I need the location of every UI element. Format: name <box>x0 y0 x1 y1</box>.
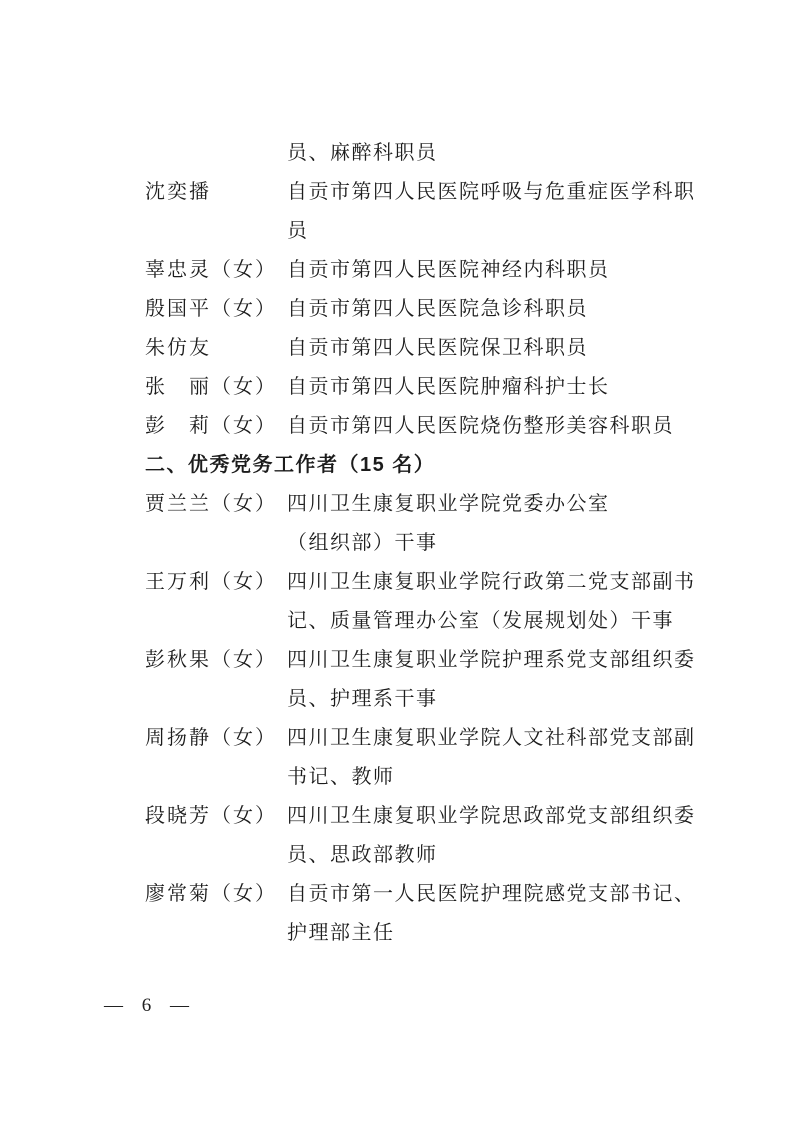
awardee-position: 四川卫生康复职业学院行政第二党支部副书记、质量管理办公室（发展规划处）干事 <box>287 563 720 641</box>
position-line: 自贡市第四人民医院烧伤整形美容科职员 <box>287 407 720 446</box>
position-line: 自贡市第四人民医院肿瘤科护士长 <box>287 368 720 407</box>
awardee-name: 彭 莉（女） <box>145 407 287 446</box>
award-entry: 周扬静（女）四川卫生康复职业学院人文社科部党支部副书记、教师 <box>145 719 720 797</box>
award-entry: 彭 莉（女）自贡市第四人民医院烧伤整形美容科职员 <box>145 407 720 446</box>
awardee-position: 自贡市第四人民医院神经内科职员 <box>287 251 720 290</box>
awardee-position: 自贡市第四人民医院急诊科职员 <box>287 290 720 329</box>
position-line: 员、护理系干事 <box>287 680 720 719</box>
position-line: 四川卫生康复职业学院护理系党支部组织委 <box>287 641 720 680</box>
award-entry: 辜忠灵（女）自贡市第四人民医院神经内科职员 <box>145 251 720 290</box>
award-entry: 殷国平（女）自贡市第四人民医院急诊科职员 <box>145 290 720 329</box>
awardee-position: 四川卫生康复职业学院人文社科部党支部副书记、教师 <box>287 719 720 797</box>
awardee-position: 自贡市第四人民医院呼吸与危重症医学科职员 <box>287 173 720 251</box>
section-heading: 二、优秀党务工作者（15 名） <box>145 446 720 485</box>
awardee-name: 贾兰兰（女） <box>145 485 287 524</box>
award-entry: 彭秋果（女）四川卫生康复职业学院护理系党支部组织委员、护理系干事 <box>145 641 720 719</box>
position-line: 书记、教师 <box>287 758 720 797</box>
awardee-position: 自贡市第一人民医院护理院感党支部书记、护理部主任 <box>287 875 720 953</box>
position-line: （组织部）干事 <box>287 524 720 563</box>
awardee-position: 自贡市第四人民医院保卫科职员 <box>287 329 720 368</box>
awardee-name: 朱仿友 <box>145 329 287 368</box>
award-entry: 段晓芳（女）四川卫生康复职业学院思政部党支部组织委员、思政部教师 <box>145 797 720 875</box>
position-line: 护理部主任 <box>287 914 720 953</box>
awardee-name: 辜忠灵（女） <box>145 251 287 290</box>
awardee-name: 殷国平（女） <box>145 290 287 329</box>
position-line: 自贡市第四人民医院急诊科职员 <box>287 290 720 329</box>
position-line: 员 <box>287 212 720 251</box>
award-entry: 朱仿友自贡市第四人民医院保卫科职员 <box>145 329 720 368</box>
position-line: 四川卫生康复职业学院思政部党支部组织委 <box>287 797 720 836</box>
award-entry: 王万利（女）四川卫生康复职业学院行政第二党支部副书记、质量管理办公室（发展规划处… <box>145 563 720 641</box>
award-entry: 贾兰兰（女）四川卫生康复职业学院党委办公室（组织部）干事 <box>145 485 720 563</box>
awardee-name: 张 丽（女） <box>145 368 287 407</box>
position-line: 员、思政部教师 <box>287 836 720 875</box>
award-entry: 员、麻醉科职员 <box>145 134 720 173</box>
award-entry: 张 丽（女）自贡市第四人民医院肿瘤科护士长 <box>145 368 720 407</box>
award-entry: 沈奕播自贡市第四人民医院呼吸与危重症医学科职员 <box>145 173 720 251</box>
position-line: 记、质量管理办公室（发展规划处）干事 <box>287 602 720 641</box>
position-line: 自贡市第四人民医院神经内科职员 <box>287 251 720 290</box>
position-line: 自贡市第四人民医院呼吸与危重症医学科职 <box>287 173 720 212</box>
award-entry: 廖常菊（女）自贡市第一人民医院护理院感党支部书记、护理部主任 <box>145 875 720 953</box>
page-number: — 6 — <box>104 995 191 1017</box>
awardee-position: 自贡市第四人民医院烧伤整形美容科职员 <box>287 407 720 446</box>
awardee-position: 四川卫生康复职业学院思政部党支部组织委员、思政部教师 <box>287 797 720 875</box>
position-line: 四川卫生康复职业学院党委办公室 <box>287 485 720 524</box>
awardee-name: 沈奕播 <box>145 173 287 212</box>
awardee-name: 彭秋果（女） <box>145 641 287 680</box>
awardee-name: 周扬静（女） <box>145 719 287 758</box>
awardee-position: 四川卫生康复职业学院护理系党支部组织委员、护理系干事 <box>287 641 720 719</box>
position-line: 自贡市第四人民医院保卫科职员 <box>287 329 720 368</box>
award-list: 员、麻醉科职员沈奕播自贡市第四人民医院呼吸与危重症医学科职员辜忠灵（女）自贡市第… <box>145 134 720 953</box>
awardee-name: 廖常菊（女） <box>145 875 287 914</box>
document-page: 员、麻醉科职员沈奕播自贡市第四人民医院呼吸与危重症医学科职员辜忠灵（女）自贡市第… <box>0 0 793 1122</box>
awardee-position: 自贡市第四人民医院肿瘤科护士长 <box>287 368 720 407</box>
awardee-position: 四川卫生康复职业学院党委办公室（组织部）干事 <box>287 485 720 563</box>
position-line: 四川卫生康复职业学院人文社科部党支部副 <box>287 719 720 758</box>
position-line: 自贡市第一人民医院护理院感党支部书记、 <box>287 875 720 914</box>
awardee-name: 段晓芳（女） <box>145 797 287 836</box>
awardee-position: 员、麻醉科职员 <box>287 134 720 173</box>
position-line: 员、麻醉科职员 <box>287 134 720 173</box>
position-line: 四川卫生康复职业学院行政第二党支部副书 <box>287 563 720 602</box>
awardee-name: 王万利（女） <box>145 563 287 602</box>
